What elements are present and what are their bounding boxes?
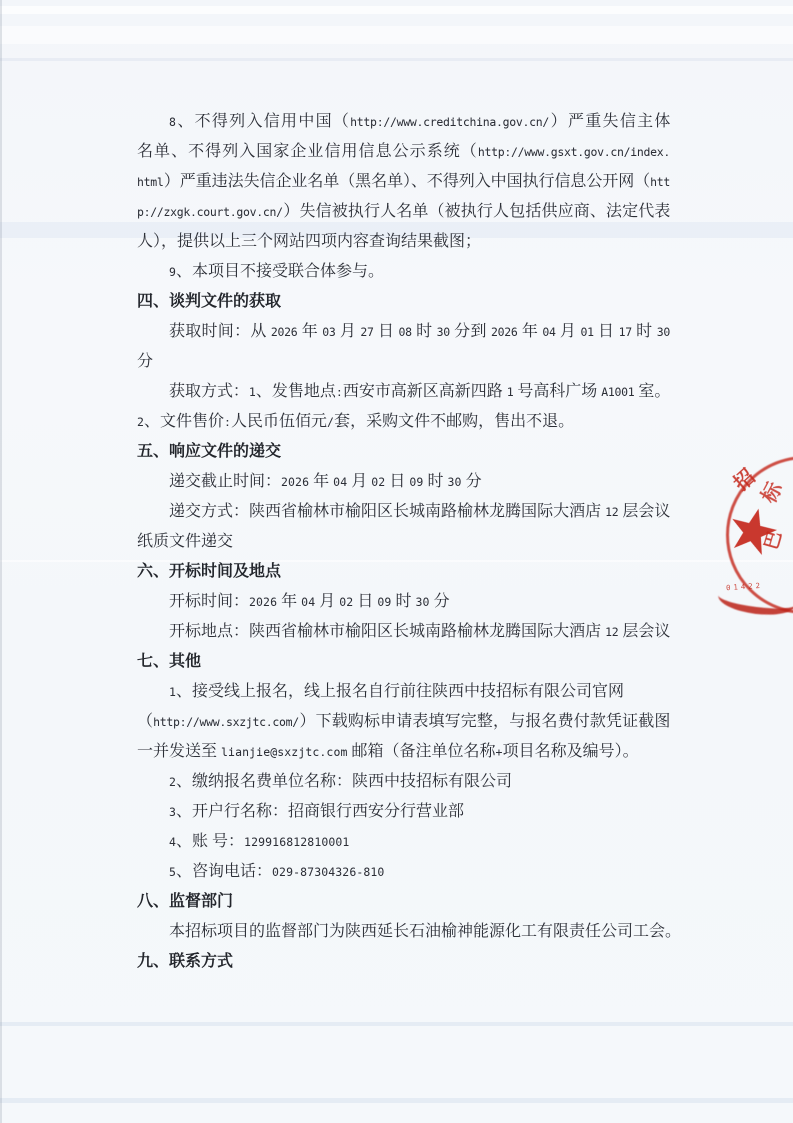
seal-bottom-rim bbox=[717, 581, 793, 618]
section-7-line-6: 4、账 号：129916812810001 bbox=[137, 827, 670, 857]
page-edge-shadow bbox=[0, 0, 2, 1123]
para-8-line-1: 8、不得列入信用中国（http://www.creditchina.gov.cn… bbox=[137, 107, 670, 137]
section-4-line-3: 获取方式：1、发售地点:西安市高新区高新四路 1 号高科广场 A1001 室。 bbox=[137, 377, 670, 407]
document-body: 8、不得列入信用中国（http://www.creditchina.gov.cn… bbox=[137, 107, 670, 977]
para-8-line-5: 人），提供以上三个网站四项内容查询结果截图； bbox=[137, 227, 670, 257]
scan-streak bbox=[0, 26, 793, 44]
section-4-line-1: 获取时间：从 2026 年 03 月 27 日 08 时 30 分到 2026 … bbox=[137, 317, 670, 347]
para-8-line-2: 名单、不得列入国家企业信用信息公示系统（http://www.gsxt.gov.… bbox=[137, 137, 670, 167]
section-4-heading: 四、谈判文件的获取 bbox=[137, 287, 670, 317]
para-9: 9、本项目不接受联合体参与。 bbox=[137, 257, 670, 287]
section-8-line-1: 本招标项目的监督部门为陕西延长石油榆神能源化工有限责任公司工会。 bbox=[137, 917, 670, 947]
section-6-line-1: 开标时间：2026 年 04 月 02 日 09 时 30 分 bbox=[137, 587, 670, 617]
section-8-heading: 八、监督部门 bbox=[137, 887, 670, 917]
section-5-line-1: 递交截止时间：2026 年 04 月 02 日 09 时 30 分 bbox=[137, 467, 670, 497]
section-7-line-7: 5、咨询电话：029-87304326-810 bbox=[137, 857, 670, 887]
section-7-heading: 七、其他 bbox=[137, 647, 670, 677]
section-4-line-2: 分 bbox=[137, 347, 670, 377]
para-8-line-3: html）严重违法失信企业名单（黑名单）、不得列入中国执行信息公开网（htt bbox=[137, 167, 670, 197]
section-5-line-3: 纸质文件递交 bbox=[137, 527, 670, 557]
section-5-line-2: 递交方式：陕西省榆林市榆阳区长城南路榆林龙腾国际大酒店 12 层会议室 bbox=[137, 497, 670, 527]
scan-streak bbox=[0, 58, 793, 61]
section-4-line-4: 2、文件售价:人民币伍佰元/套，采购文件不邮购，售出不退。 bbox=[137, 407, 670, 437]
section-7-line-3: 一并发送至 lianjie@sxzjtc.com 邮箱（备注单位名称+项目名称及… bbox=[137, 737, 670, 767]
scanned-document-page: 8、不得列入信用中国（http://www.creditchina.gov.cn… bbox=[0, 0, 793, 1123]
seal-side-char: 巴 bbox=[757, 528, 787, 552]
seal-serial-number: 01422 bbox=[726, 581, 764, 593]
section-7-line-1: 1、接受线上报名，线上报名自行前往陕西中技招标有限公司官网 bbox=[137, 677, 670, 707]
section-9-heading: 九、联系方式 bbox=[137, 947, 670, 977]
section-6-line-2: 开标地点：陕西省榆林市榆阳区长城南路榆林龙腾国际大酒店 12 层会议室 bbox=[137, 617, 670, 647]
section-5-heading: 五、响应文件的递交 bbox=[137, 437, 670, 467]
scan-streak bbox=[0, 1098, 793, 1103]
scan-streak bbox=[0, 6, 793, 14]
section-6-heading: 六、开标时间及地点 bbox=[137, 557, 670, 587]
section-7-line-2: （http://www.sxzjtc.com/）下载购标申请表填写完整，与报名费… bbox=[137, 707, 670, 737]
seal-star-icon bbox=[724, 502, 782, 560]
section-7-line-5: 3、开户行名称：招商银行西安分行营业部 bbox=[137, 797, 670, 827]
section-7-line-4: 2、缴纳报名费单位名称：陕西中技招标有限公司 bbox=[137, 767, 670, 797]
seal-arc-char-2: 标 bbox=[753, 476, 788, 507]
scan-streak bbox=[0, 1022, 793, 1026]
seal-ring bbox=[726, 456, 793, 614]
para-8-line-4: p://zxgk.court.gov.cn/）失信被执行人名单（被执行人包括供应… bbox=[137, 197, 670, 227]
seal-arc-char-1: 招 bbox=[726, 461, 760, 496]
